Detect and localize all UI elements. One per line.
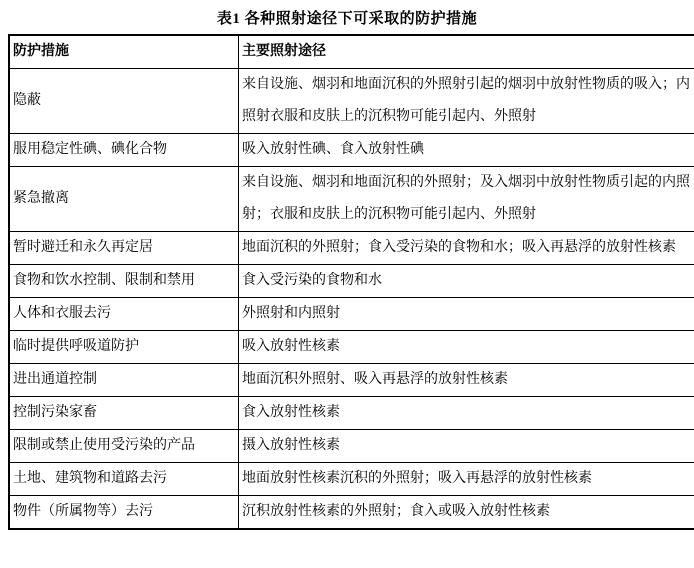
pathway-cell: 地面沉积的外照射；食入受污染的食物和水；吸入再悬浮的放射性核素	[239, 232, 694, 265]
measure-cell: 人体和衣服去污	[9, 298, 239, 331]
pathway-cell: 来自设施、烟羽和地面沉积的外照射；及入烟羽中放射性物质引起的内照射；衣服和皮肤上…	[239, 167, 694, 232]
pathway-cell: 食入放射性核素	[239, 397, 694, 430]
table-row: 临时提供呼吸道防护吸入放射性核素	[9, 331, 694, 364]
header-cell-pathway: 主要照射途径	[239, 35, 694, 69]
measure-cell: 物件（所属物等）去污	[9, 496, 239, 530]
pathway-cell: 地面放射性核素沉积的外照射；吸入再悬浮的放射性核素	[239, 463, 694, 496]
table-row: 控制污染家畜食入放射性核素	[9, 397, 694, 430]
table-row: 食物和饮水控制、限制和禁用食入受污染的食物和水	[9, 265, 694, 298]
measure-cell: 服用稳定性碘、碘化合物	[9, 134, 239, 167]
measure-cell: 暂时避迁和永久再定居	[9, 232, 239, 265]
table-row: 土地、建筑物和道路去污地面放射性核素沉积的外照射；吸入再悬浮的放射性核素	[9, 463, 694, 496]
pathway-cell: 摄入放射性核素	[239, 430, 694, 463]
measure-cell: 隐蔽	[9, 69, 239, 134]
header-cell-measure: 防护措施	[9, 35, 239, 69]
protective-measures-table: 防护措施 主要照射途径 隐蔽来自设施、烟羽和地面沉积的外照射引起的烟羽中放射性物…	[8, 34, 694, 530]
table-body: 隐蔽来自设施、烟羽和地面沉积的外照射引起的烟羽中放射性物质的吸入；内照射衣服和皮…	[9, 69, 694, 530]
measure-cell: 临时提供呼吸道防护	[9, 331, 239, 364]
table-row: 人体和衣服去污外照射和内照射	[9, 298, 694, 331]
pathway-cell: 外照射和内照射	[239, 298, 694, 331]
pathway-cell: 食入受污染的食物和水	[239, 265, 694, 298]
table-header: 防护措施 主要照射途径	[9, 35, 694, 69]
measure-cell: 限制或禁止使用受污染的产品	[9, 430, 239, 463]
table-row: 物件（所属物等）去污沉积放射性核素的外照射；食入或吸入放射性核素	[9, 496, 694, 530]
measure-cell: 进出通道控制	[9, 364, 239, 397]
table-row: 隐蔽来自设施、烟羽和地面沉积的外照射引起的烟羽中放射性物质的吸入；内照射衣服和皮…	[9, 69, 694, 134]
pathway-cell: 地面沉积外照射、吸入再悬浮的放射性核素	[239, 364, 694, 397]
table-title: 表1 各种照射途径下可采取的防护措施	[0, 0, 694, 28]
table-row: 紧急撤离来自设施、烟羽和地面沉积的外照射；及入烟羽中放射性物质引起的内照射；衣服…	[9, 167, 694, 232]
pathway-cell: 来自设施、烟羽和地面沉积的外照射引起的烟羽中放射性物质的吸入；内照射衣服和皮肤上…	[239, 69, 694, 134]
pathway-cell: 吸入放射性核素	[239, 331, 694, 364]
measure-cell: 紧急撤离	[9, 167, 239, 232]
pathway-cell: 吸入放射性碘、食入放射性碘	[239, 134, 694, 167]
measure-cell: 控制污染家畜	[9, 397, 239, 430]
table-row: 进出通道控制地面沉积外照射、吸入再悬浮的放射性核素	[9, 364, 694, 397]
measure-cell: 土地、建筑物和道路去污	[9, 463, 239, 496]
pathway-cell: 沉积放射性核素的外照射；食入或吸入放射性核素	[239, 496, 694, 530]
table-row: 限制或禁止使用受污染的产品摄入放射性核素	[9, 430, 694, 463]
table-row: 暂时避迁和永久再定居地面沉积的外照射；食入受污染的食物和水；吸入再悬浮的放射性核…	[9, 232, 694, 265]
document-page: 表1 各种照射途径下可采取的防护措施 防护措施 主要照射途径 隐蔽来自设施、烟羽…	[0, 0, 694, 568]
table-row: 服用稳定性碘、碘化合物吸入放射性碘、食入放射性碘	[9, 134, 694, 167]
header-row: 防护措施 主要照射途径	[9, 35, 694, 69]
measure-cell: 食物和饮水控制、限制和禁用	[9, 265, 239, 298]
